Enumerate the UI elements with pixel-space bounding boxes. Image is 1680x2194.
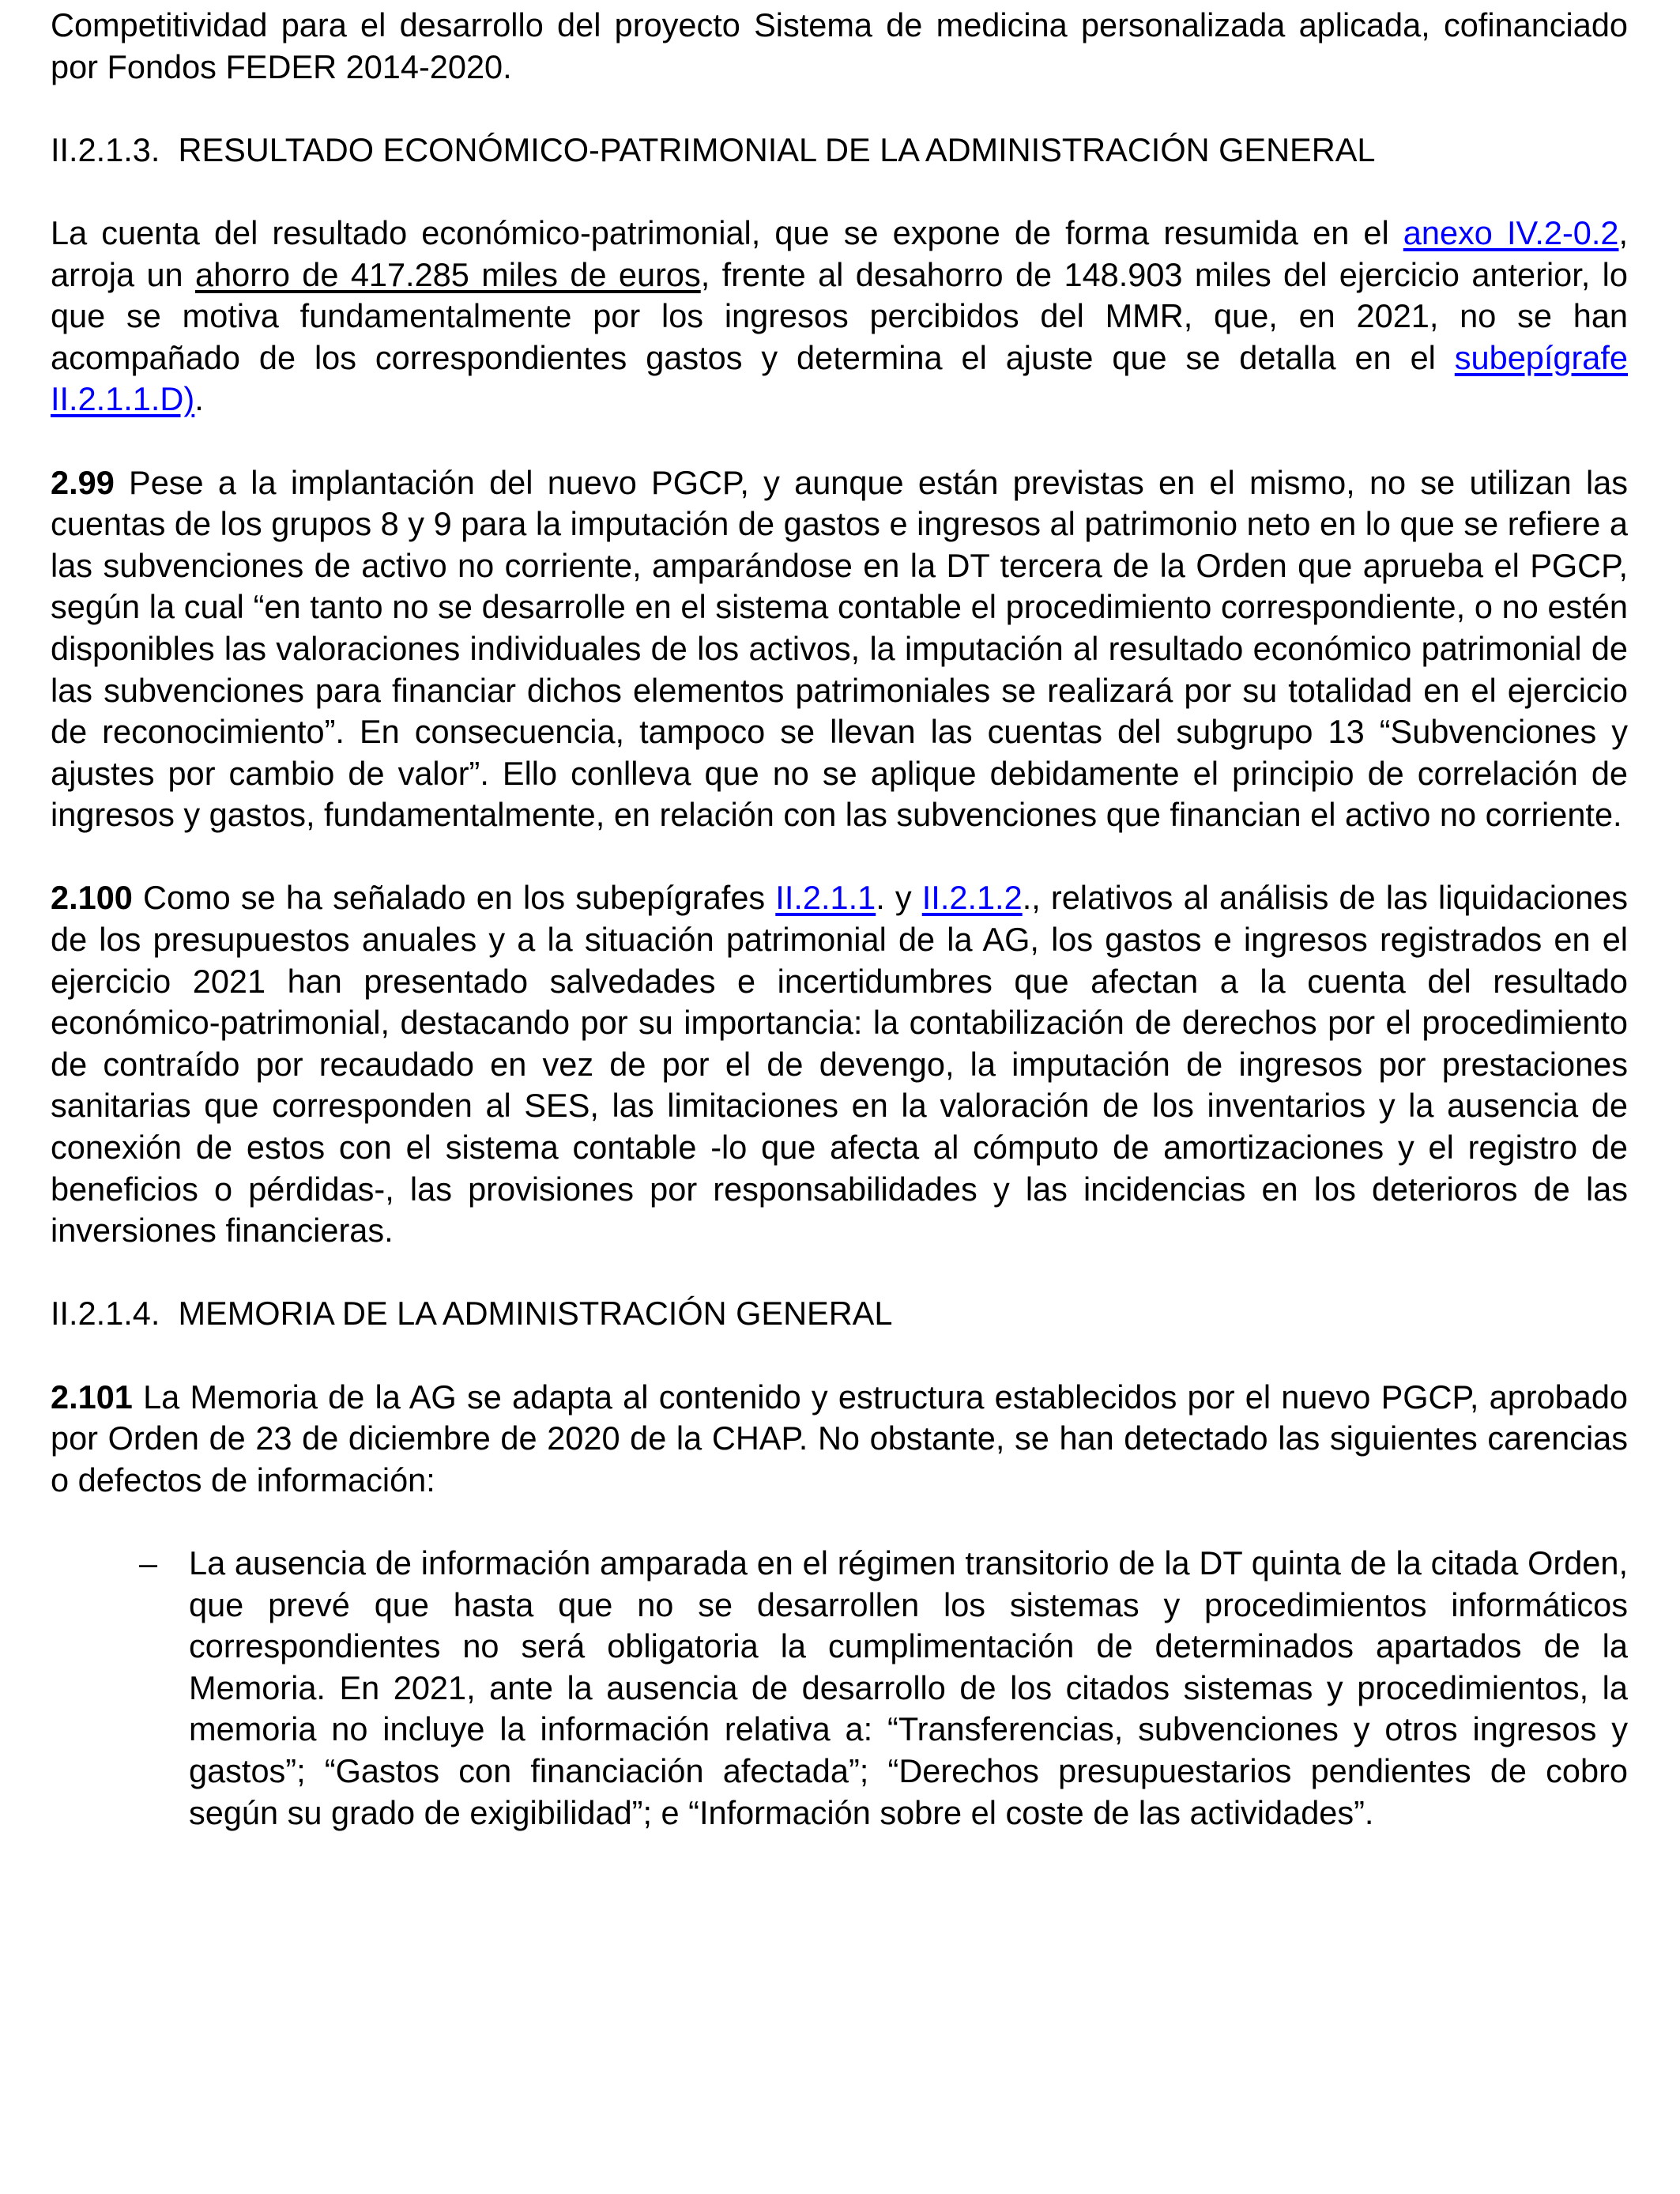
dash-bullet-icon: –: [139, 1543, 157, 1585]
text-span: La cuenta del resultado económico-patrim…: [51, 214, 1403, 251]
paragraph-number: 2.100: [51, 879, 133, 916]
text-span: Como se ha señalado en los subepígrafes: [133, 879, 775, 916]
link-ii-2-1-2[interactable]: II.2.1.2: [922, 879, 1023, 916]
paragraph-text: La Memoria de la AG se adapta al conteni…: [51, 1378, 1628, 1498]
paragraph-text: Pese a la implantación del nuevo PGCP, y…: [51, 464, 1628, 834]
deficiencies-list: – La ausencia de información amparada en…: [51, 1543, 1628, 1834]
section-heading-ii-2-1-3: II.2.1.3. RESULTADO ECONÓMICO-PATRIMONIA…: [51, 130, 1628, 172]
list-item: – La ausencia de información amparada en…: [51, 1543, 1628, 1834]
document-page: Competitividad para el desarrollo del pr…: [51, 5, 1628, 1834]
paragraph-2-100: 2.100 Como se ha señalado en los subepíg…: [51, 877, 1628, 1251]
list-item-text: La ausencia de información amparada en e…: [189, 1544, 1628, 1831]
continuation-text: Competitividad para el desarrollo del pr…: [51, 6, 1628, 85]
text-span: ., relativos al análisis de las liquidac…: [51, 879, 1628, 1249]
spacer: [51, 1335, 1628, 1377]
section-heading-ii-2-1-4: II.2.1.4. MEMORIA DE LA ADMINISTRACIÓN G…: [51, 1293, 1628, 1335]
spacer: [51, 1501, 1628, 1543]
text-span: . y: [876, 879, 922, 916]
spacer: [51, 171, 1628, 213]
link-anexo-iv-2-0-2[interactable]: anexo IV.2-0.2: [1403, 214, 1619, 251]
spacer: [51, 420, 1628, 462]
paragraph-2-101: 2.101 La Memoria de la AG se adapta al c…: [51, 1377, 1628, 1502]
paragraph-number: 2.101: [51, 1378, 133, 1416]
continuation-paragraph: Competitividad para el desarrollo del pr…: [51, 5, 1628, 88]
spacer: [51, 836, 1628, 878]
underlined-ahorro: ahorro de 417.285 miles de euros: [195, 256, 701, 293]
text-span: .: [194, 380, 204, 417]
link-ii-2-1-1[interactable]: II.2.1.1: [775, 879, 876, 916]
paragraph-resultado-intro: La cuenta del resultado económico-patrim…: [51, 213, 1628, 420]
paragraph-number: 2.99: [51, 464, 115, 501]
spacer: [51, 1252, 1628, 1294]
paragraph-2-99: 2.99 Pese a la implantación del nuevo PG…: [51, 462, 1628, 836]
spacer: [51, 88, 1628, 130]
